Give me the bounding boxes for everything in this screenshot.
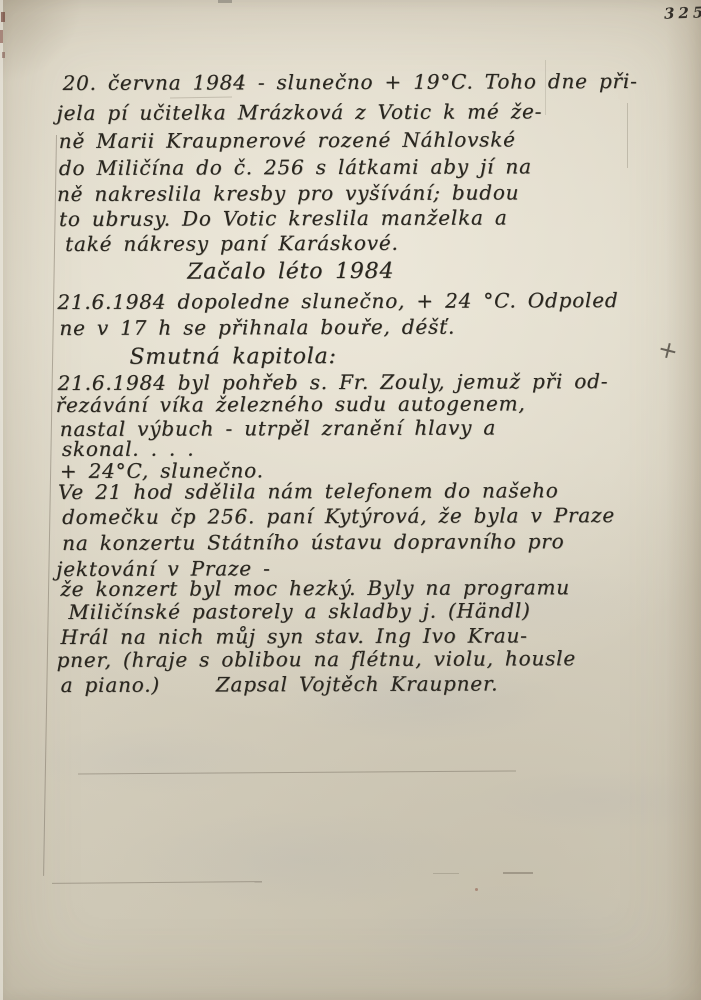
handwriting-line: řezávání víka železného sudu autogenem,: [56, 391, 526, 417]
chronicle-page: 325 + 20. června 1984 - slunečno + 19°C.…: [0, 0, 701, 1000]
handwriting-line: 20. června 1984 - slunečno + 19°C. Toho …: [63, 69, 638, 95]
handwriting-line: 21.6.1984 dopoledne slunečno, + 24 °C. O…: [57, 288, 618, 314]
handwriting-line: ne v 17 h se přihnala bouře, déšť.: [59, 315, 455, 340]
handwritten-text: 20. června 1984 - slunečno + 19°C. Toho …: [0, 0, 701, 1000]
handwriting-heading: Smutná kapitola:: [129, 344, 336, 370]
handwriting-heading: Začalo léto 1984: [187, 259, 394, 285]
handwriting-line: skonal. . . .: [62, 437, 195, 461]
handwriting-line: pner, (hraje s oblibou na flétnu, violu,…: [57, 646, 577, 672]
handwriting-line: do Miličína do č. 256 s látkami aby jí n…: [59, 154, 532, 180]
handwriting-line: a piano.) Zapsal Vojtěch Kraupner.: [61, 671, 499, 697]
handwriting-line: Ve 21 hod sdělila nám telefonem do našeh…: [58, 478, 559, 504]
handwriting-line: Hrál na nich můj syn stav. Ing Ivo Krau-: [60, 623, 527, 649]
handwriting-line: také nákresy paní Karáskové.: [65, 231, 399, 256]
handwriting-line: ně Marii Kraupnerové rozené Náhlovské: [59, 127, 516, 153]
handwriting-line: domečku čp 256. paní Kytýrová, že byla v…: [62, 503, 615, 529]
handwriting-line: že konzert byl moc hezký. Byly na progra…: [60, 575, 570, 601]
handwriting-line: ně nakreslila kresby pro vyšívání; budou: [57, 180, 519, 206]
handwriting-line: Miličínské pastorely a skladby j. (Händl…: [68, 598, 530, 624]
handwriting-line: to ubrusy. Do Votic kreslila manželka a: [59, 205, 508, 231]
handwriting-line: na konzertu Státního ústavu dopravního p…: [62, 529, 564, 555]
handwriting-line: jela pí učitelka Mrázková z Votic k mé ž…: [57, 99, 543, 125]
